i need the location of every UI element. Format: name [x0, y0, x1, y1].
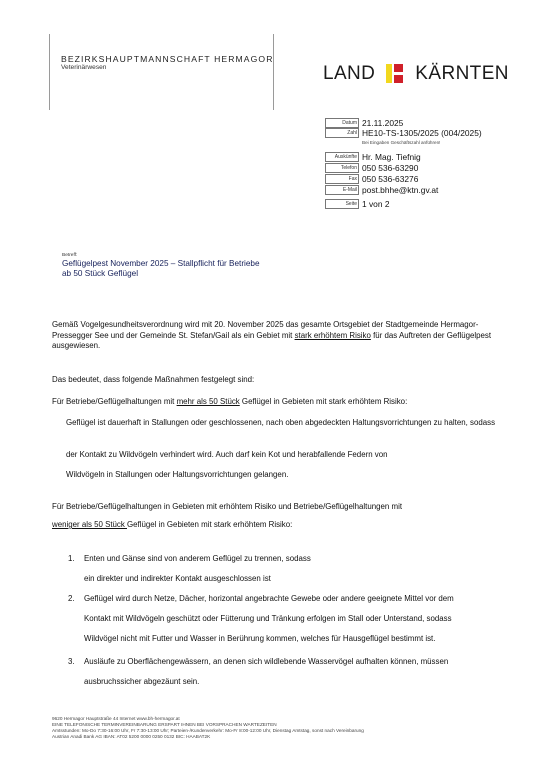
zahl-value: HE10-TS-1305/2025 (004/2025) [359, 128, 482, 138]
list-number-3: 3. [68, 657, 75, 666]
group2-heading-line-1: Für Betriebe/Geflügelhaltungen in Gebiet… [52, 502, 512, 513]
subject-line-1: Geflügelpest November 2025 – Stallpflich… [62, 259, 260, 269]
meta-row-seite: Seite 1 von 2 [325, 198, 389, 209]
list-item-2-line-2: Kontakt mit Wildvögeln geschützt oder Fü… [84, 614, 529, 625]
meta-row-telefon: Telefon 050 536-63290 [325, 162, 418, 173]
group1-text-1: Geflügel ist dauerhaft in Stallungen ode… [66, 418, 506, 429]
meta-row-zahl: Zahl HE10-TS-1305/2025 (004/2025) [325, 127, 482, 138]
intro-paragraph: Gemäß Vogelgesundheitsverordnung wird mi… [52, 320, 512, 352]
reference-note: Bei Eingaben Geschäftszahl anführen! [362, 140, 440, 145]
header-mid-rule [273, 34, 274, 110]
telefon-value: 050 536-63290 [359, 163, 418, 173]
department-name: Veterinärwesen [61, 64, 106, 71]
measures-intro: Das bedeutet, dass folgende Maßnahmen fe… [52, 375, 512, 386]
fax-label: Fax [325, 174, 359, 184]
group1-text-2: der Kontakt zu Wildvögeln verhindert wir… [66, 450, 506, 461]
list-number-2: 2. [68, 594, 75, 603]
telefon-label: Telefon [325, 163, 359, 173]
email-label: E-Mail [325, 185, 359, 195]
list-item-2-line-3: Wildvögel nicht mit Futter und Wasser in… [84, 634, 529, 645]
risk-emphasis: stark erhöhtem Risiko [295, 331, 371, 340]
email-link[interactable]: post.bhhe@ktn.gv.at [359, 185, 438, 195]
land-kaernten-logo: LAND KÄRNTEN [323, 62, 509, 84]
meta-row-auskuenfte: Auskünfte Hr. Mag. Tiefnig [325, 151, 421, 162]
list-item-2-line-1: Geflügel wird durch Netze, Dächer, horiz… [84, 594, 529, 605]
zahl-label: Zahl [325, 128, 359, 138]
group1-emphasis: mehr als 50 Stück [177, 397, 240, 406]
group2-heading-line-2: weniger als 50 Stück Geflügel in Gebiete… [52, 520, 512, 531]
datum-value: 21.11.2025 [359, 118, 403, 128]
seite-label: Seite [325, 199, 359, 209]
list-number-1: 1. [68, 554, 75, 563]
list-item-3-line-1: Ausläufe zu Oberflächengewässern, an den… [84, 657, 529, 668]
list-item-1-line-2: ein direkter und indirekter Kontakt ausg… [84, 574, 524, 585]
meta-row-email: E-Mail post.bhhe@ktn.gv.at [325, 184, 438, 195]
list-item-1-line-1: Enten und Gänse sind von anderem Geflüge… [84, 554, 524, 565]
datum-label: Datum [325, 118, 359, 128]
logo-text-right: KÄRNTEN [415, 64, 509, 83]
group1-text-3: Wildvögeln in Stallungen oder Haltungsvo… [66, 470, 506, 481]
seite-value: 1 von 2 [359, 199, 389, 209]
auskuenfte-label: Auskünfte [325, 152, 359, 162]
group2-emphasis: weniger als 50 Stück [52, 520, 127, 529]
meta-row-fax: Fax 050 536-63276 [325, 173, 418, 184]
subject-title: Geflügelpest November 2025 – Stallpflich… [62, 259, 260, 279]
header-left-rule [49, 34, 50, 110]
subject-label: Betreff: [62, 253, 77, 258]
subject-line-2: ab 50 Stück Geflügel [62, 269, 260, 279]
logo-text-left: LAND [323, 64, 375, 83]
fax-value: 050 536-63276 [359, 174, 418, 184]
carinthia-flag-icon [386, 64, 404, 83]
organization-name: BEZIRKSHAUPTMANNSCHAFT HERMAGOR [61, 54, 274, 64]
auskuenfte-value: Hr. Mag. Tiefnig [359, 152, 421, 162]
list-item-3-line-2: ausbruchssicher abgezäunt sein. [84, 677, 529, 688]
group1-heading: Für Betriebe/Geflügelhaltungen mit mehr … [52, 397, 512, 408]
footer-bank-details: Austrian Anadi Bank AG IBAN: AT02 5200 0… [52, 734, 210, 740]
